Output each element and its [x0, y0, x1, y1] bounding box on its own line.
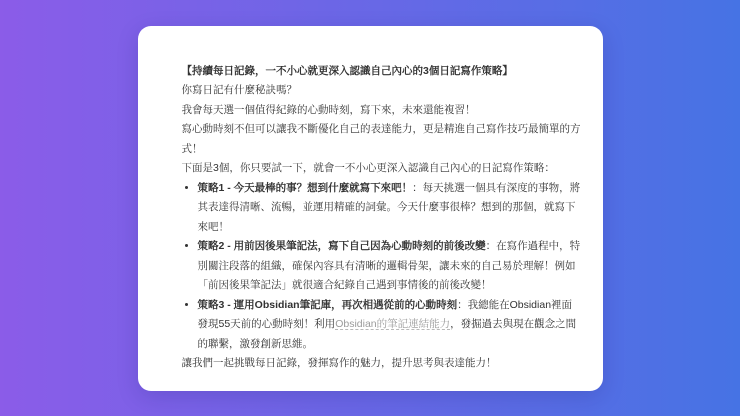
strategy-item-1: 策略1 - 今天最棒的事？想到什麼就寫下來吧！：每天挑選一個具有深度的事物，將其… — [198, 179, 581, 238]
post-title: 【持續每日記錄，一不小心就更深入認識自己內心的3個日記寫作策略】 — [182, 62, 581, 82]
paragraph-question: 你寫日記有什麼秘訣嗎？ — [182, 81, 581, 101]
paragraph-lead-in: 下面是3個，你只要試一下，就會一不小心更深入認識自己內心的日記寫作策略： — [182, 159, 581, 179]
note-card: 【持續每日記錄，一不小心就更深入認識自己內心的3個日記寫作策略】 你寫日記有什麼… — [138, 26, 603, 391]
paragraph-closing: 讓我們一起挑戰每日記錄，發揮寫作的魅力，提升思考與表達能力！ — [182, 354, 581, 374]
strategy-item-3: 策略3 - 運用Obsidian筆記庫，再次相遇從前的心動時刻：我總能在Obsi… — [198, 296, 581, 355]
obsidian-link[interactable]: Obsidian的筆記連結能力 — [335, 318, 450, 330]
strategy-1-heading: 策略1 - 今天最棒的事？想到什麼就寫下來吧！ — [198, 182, 413, 194]
paragraph-habit: 我會每天選一個值得紀錄的心動時刻，寫下來，未來還能複習！ — [182, 101, 581, 121]
strategy-2-heading: 策略2 - 用前因後果筆記法，寫下自己因為心動時刻的前後改變 — [198, 240, 486, 252]
strategy-3-heading: 策略3 - 運用Obsidian筆記庫，再次相遇從前的心動時刻 — [198, 299, 458, 311]
strategy-item-2: 策略2 - 用前因後果筆記法，寫下自己因為心動時刻的前後改變：在寫作過程中，特別… — [198, 237, 581, 296]
paragraph-benefit: 寫心動時刻不但可以讓我不斷優化自己的表達能力，更是精進自己寫作技巧最簡單的方式！ — [182, 120, 581, 159]
gradient-background: 【持續每日記錄，一不小心就更深入認識自己內心的3個日記寫作策略】 你寫日記有什麼… — [0, 0, 740, 416]
strategy-list: 策略1 - 今天最棒的事？想到什麼就寫下來吧！：每天挑選一個具有深度的事物，將其… — [182, 179, 581, 355]
